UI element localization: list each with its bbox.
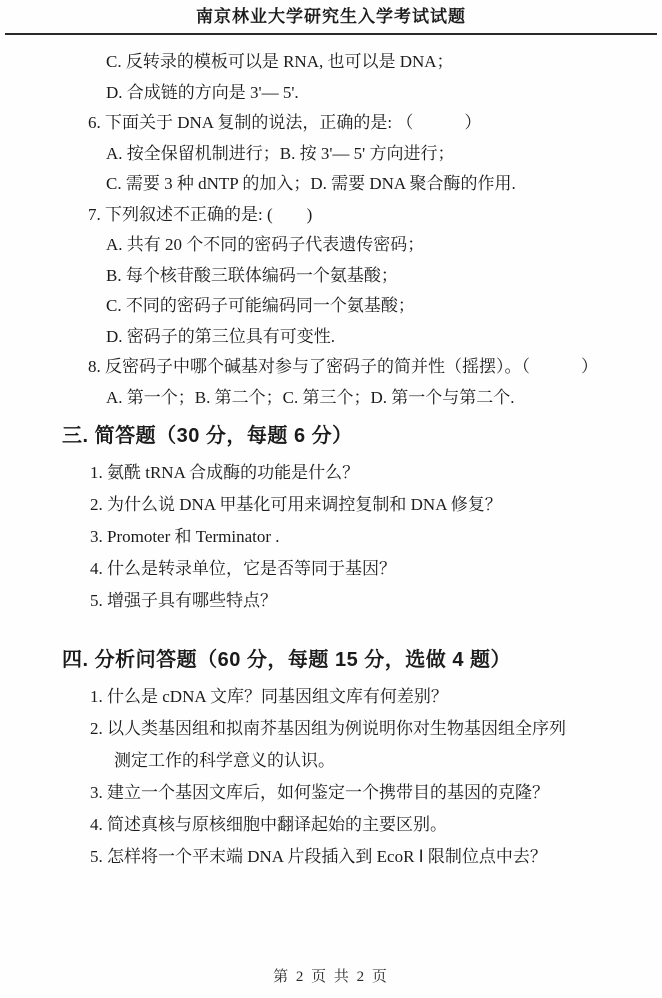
section-3-item-1: 1. 氨酰 tRNA 合成酶的功能是什么？ — [0, 457, 662, 489]
section-4-item-3: 3. 建立一个基因文库后，如何鉴定一个携带目的基因的克隆？ — [0, 777, 662, 809]
section-3-item-5: 5. 增强子具有哪些特点？ — [0, 585, 662, 617]
section-3-item-3: 3. Promoter 和 Terminator . — [0, 521, 662, 553]
section-3-heading: 三. 简答题（30 分，每题 6 分） — [62, 423, 662, 449]
exam-body: C. 反转录的模板可以是 RNA, 也可以是 DNA； D. 合成链的方向是 3… — [0, 47, 662, 873]
question-7-option-a: A. 共有 20 个不同的密码子代表遗传密码； — [0, 230, 662, 261]
question-7-option-b: B. 每个核苷酸三联体编码一个氨基酸； — [0, 261, 662, 292]
section-4-item-2-line-2: 测定工作的科学意义的认识。 — [0, 745, 662, 777]
question-6-options-cd: C. 需要 3 种 dNTP 的加入；D. 需要 DNA 聚合酶的作用. — [0, 169, 662, 200]
page-header: 南京林业大学研究生入学考试试题 — [0, 0, 662, 35]
section-4-heading: 四. 分析问答题（60 分，每题 15 分，选做 4 题） — [62, 647, 662, 673]
page-title: 南京林业大学研究生入学考试试题 — [0, 0, 662, 29]
section-3-item-2: 2. 为什么说 DNA 甲基化可用来调控复制和 DNA 修复？ — [0, 489, 662, 521]
section-4-item-4: 4. 简述真核与原核细胞中翻译起始的主要区别。 — [0, 809, 662, 841]
exam-page: 南京林业大学研究生入学考试试题 C. 反转录的模板可以是 RNA, 也可以是 D… — [0, 0, 662, 998]
question-6-stem: 6. 下面关于 DNA 复制的说法，正确的是: （ ） — [0, 108, 662, 139]
question-7-option-d: D. 密码子的第三位具有可变性. — [0, 322, 662, 353]
question-8-options: A. 第一个；B. 第二个；C. 第三个；D. 第一个与第二个. — [0, 383, 662, 414]
section-4-item-2-line-1: 2. 以人类基因组和拟南芥基因组为例说明你对生物基因组全序列 — [0, 713, 662, 745]
carryover-option-c: C. 反转录的模板可以是 RNA, 也可以是 DNA； — [0, 47, 662, 78]
carryover-option-d: D. 合成链的方向是 3'— 5'. — [0, 78, 662, 109]
section-3-item-4: 4. 什么是转录单位，它是否等同于基因？ — [0, 553, 662, 585]
question-7-stem: 7. 下列叙述不正确的是: ( ) — [0, 200, 662, 231]
question-7-option-c: C. 不同的密码子可能编码同一个氨基酸； — [0, 291, 662, 322]
section-4-item-1: 1. 什么是 cDNA 文库？同基因组文库有何差别？ — [0, 681, 662, 713]
question-8-stem: 8. 反密码子中哪个碱基对参与了密码子的简并性（摇摆）。（ ） — [0, 352, 662, 383]
section-4-item-5: 5. 怎样将一个平末端 DNA 片段插入到 EcoR Ⅰ 限制位点中去？ — [0, 841, 662, 873]
question-6-options-ab: A. 按全保留机制进行；B. 按 3'— 5' 方向进行； — [0, 139, 662, 170]
page-number: 第 2 页 共 2 页 — [0, 965, 662, 986]
header-rule — [5, 33, 657, 35]
